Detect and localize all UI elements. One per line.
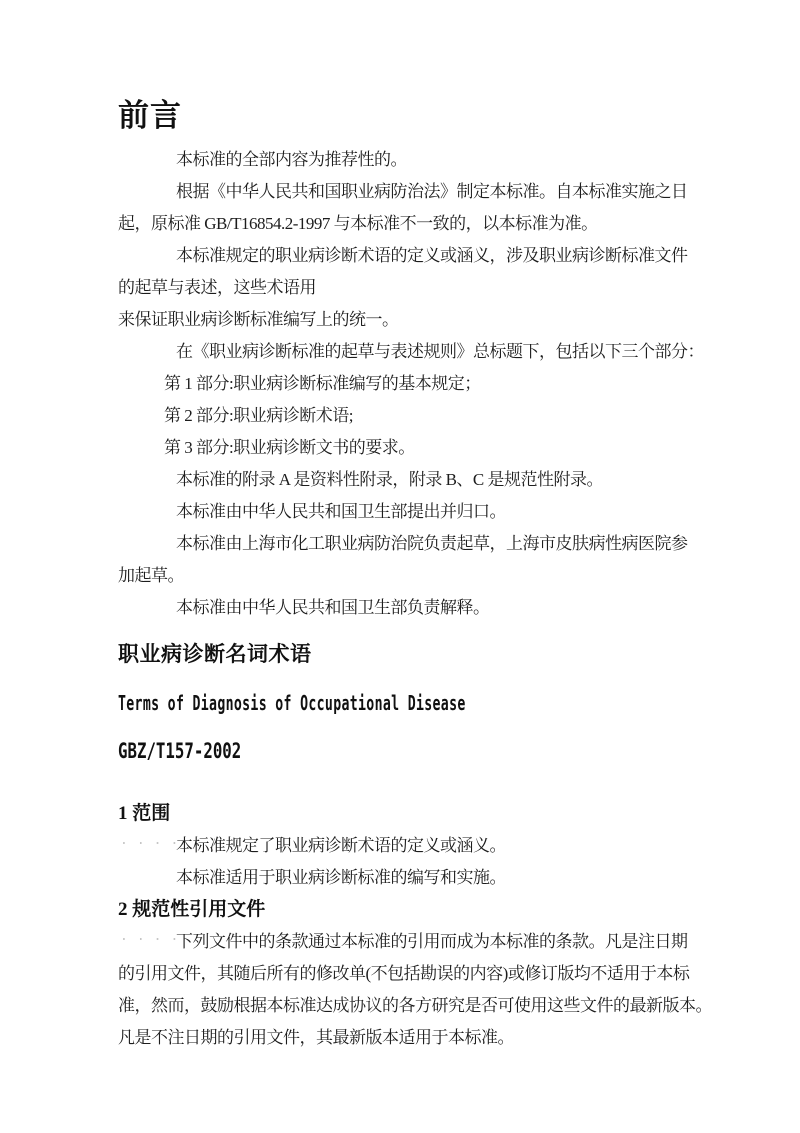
text-line: 根据《中华人民共和国职业病防治法》制定本标准。自本标准实施之日 <box>118 176 700 208</box>
text-line: 第 1 部分:职业病诊断标准编写的基本规定； <box>118 368 700 400</box>
line-text: 本标准规定的职业病诊断术语的定义或涵义，涉及职业病诊断标准文件 <box>176 246 688 265</box>
standard-title-cn: 职业病诊断名词术语 <box>118 638 700 670</box>
line-text: 下列文件中的条款通过本标准的引用而成为本标准的条款。凡是注日期 <box>176 932 688 951</box>
line-text: 本标准由中华人民共和国卫生部提出并归口。 <box>176 502 506 521</box>
text-line: 本标准的全部内容为推荐性的。 <box>118 144 700 176</box>
line-text: 本标准适用于职业病诊断标准的编写和实施。 <box>176 868 506 887</box>
faint-leader-dots: .... <box>120 825 187 857</box>
section-scope-body: ....本标准规定了职业病诊断术语的定义或涵义。本标准适用于职业病诊断标准的编写… <box>118 830 700 894</box>
text-line: 起，原标准 GB/T16854.2-1997 与本标准不一致的，以本标准为准。 <box>118 208 700 240</box>
line-text: 第 2 部分:职业病诊断术语; <box>164 406 353 425</box>
line-text: 准，然而，鼓励根据本标准达成协议的各方研究是否可使用这些文件的最新版本。 <box>118 996 712 1015</box>
line-text: 本标准的全部内容为推荐性的。 <box>176 150 407 169</box>
text-line: 本标准适用于职业病诊断标准的编写和实施。 <box>118 862 700 894</box>
line-text: 根据《中华人民共和国职业病防治法》制定本标准。自本标准实施之日 <box>176 182 688 201</box>
line-text: 来保证职业病诊断标准编写上的统一。 <box>118 310 399 329</box>
line-text: 的引用文件，其随后所有的修改单(不包括勘误的内容)或修订版均不适用于本标 <box>118 964 689 983</box>
line-text: 第 3 部分:职业病诊断文书的要求。 <box>164 438 415 457</box>
line-text: 凡是不注日期的引用文件，其最新版本适用于本标准。 <box>118 1028 514 1047</box>
section-scope-heading: 1 范围 <box>118 798 700 830</box>
text-line: 第 2 部分:职业病诊断术语; <box>118 400 700 432</box>
text-line: ....下列文件中的条款通过本标准的引用而成为本标准的条款。凡是注日期 <box>118 926 700 958</box>
section-normative-references: 2 规范性引用文件 ....下列文件中的条款通过本标准的引用而成为本标准的条款。… <box>118 894 700 1054</box>
text-line: 本标准由上海市化工职业病防治院负责起草，上海市皮肤病性病医院参 <box>118 528 700 560</box>
line-text: 的起草与表述，这些术语用 <box>118 278 316 297</box>
foreword-body: 本标准的全部内容为推荐性的。根据《中华人民共和国职业病防治法》制定本标准。自本标… <box>118 144 700 624</box>
standard-title-en: Terms of Diagnosis of Occupational Disea… <box>118 687 466 719</box>
text-line: 在《职业病诊断标准的起草与表述规则》总标题下，包括以下三个部分： <box>118 336 700 368</box>
faint-leader-dots: .... <box>120 921 187 953</box>
line-text: 在《职业病诊断标准的起草与表述规则》总标题下，包括以下三个部分： <box>176 342 704 361</box>
text-line: 本标准由中华人民共和国卫生部提出并归口。 <box>118 496 700 528</box>
standard-title-en-row: Terms of Diagnosis of Occupational Disea… <box>118 687 700 722</box>
text-line: 凡是不注日期的引用文件，其最新版本适用于本标准。 <box>118 1022 700 1054</box>
text-line: 的起草与表述，这些术语用 <box>118 272 700 304</box>
text-line: 来保证职业病诊断标准编写上的统一。 <box>118 304 700 336</box>
section-scope: 1 范围 ....本标准规定了职业病诊断术语的定义或涵义。本标准适用于职业病诊断… <box>118 798 700 894</box>
line-text: 本标准由上海市化工职业病防治院负责起草，上海市皮肤病性病医院参 <box>176 534 688 553</box>
section-normative-references-heading: 2 规范性引用文件 <box>118 894 700 926</box>
document-page: 前言 本标准的全部内容为推荐性的。根据《中华人民共和国职业病防治法》制定本标准。… <box>0 0 800 1133</box>
text-line: 本标准规定的职业病诊断术语的定义或涵义，涉及职业病诊断标准文件 <box>118 240 700 272</box>
line-text: 起，原标准 GB/T16854.2-1997 与本标准不一致的，以本标准为准。 <box>118 214 598 233</box>
text-line: 本标准的附录 A 是资料性附录，附录 B、C 是规范性附录。 <box>118 464 700 496</box>
text-line: 的引用文件，其随后所有的修改单(不包括勘误的内容)或修订版均不适用于本标 <box>118 958 700 990</box>
line-text: 第 1 部分:职业病诊断标准编写的基本规定； <box>164 374 481 393</box>
line-text: 本标准规定了职业病诊断术语的定义或涵义。 <box>176 836 506 855</box>
line-text: 本标准的附录 A 是资料性附录，附录 B、C 是规范性附录。 <box>176 470 603 489</box>
standard-code: GBZ/T157-2002 <box>118 735 241 767</box>
text-line: 准，然而，鼓励根据本标准达成协议的各方研究是否可使用这些文件的最新版本。 <box>118 990 700 1022</box>
foreword-title: 前言 <box>118 96 700 136</box>
text-line: 第 3 部分:职业病诊断文书的要求。 <box>118 432 700 464</box>
text-line: ....本标准规定了职业病诊断术语的定义或涵义。 <box>118 830 700 862</box>
line-text: 本标准由中华人民共和国卫生部负责解释。 <box>176 598 490 617</box>
standard-code-row: GBZ/T157-2002 <box>118 735 700 770</box>
text-line: 本标准由中华人民共和国卫生部负责解释。 <box>118 592 700 624</box>
line-text: 加起草。 <box>118 566 184 585</box>
text-line: 加起草。 <box>118 560 700 592</box>
section-normative-references-body: ....下列文件中的条款通过本标准的引用而成为本标准的条款。凡是注日期的引用文件… <box>118 926 700 1054</box>
